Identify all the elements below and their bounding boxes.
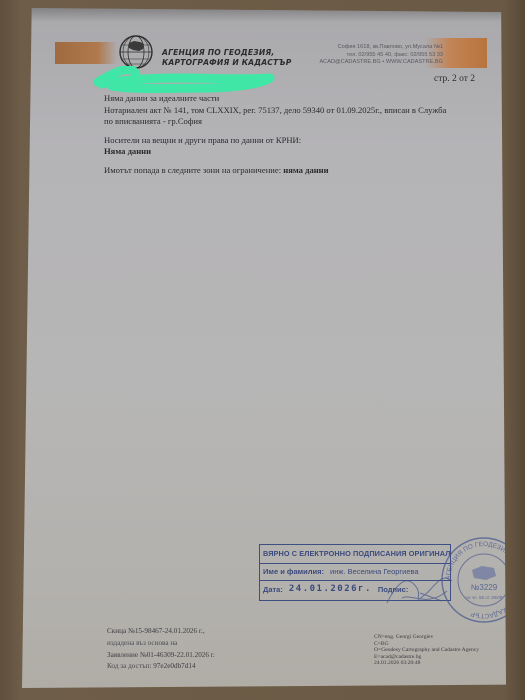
stamp-name-row: Име и фамилия: инж. Веселина Георгиева <box>260 563 450 581</box>
seal-ring-text: АГЕНЦИЯ ПО ГЕОДЕЗИЯ, КАРТОГРАФИЯ И КАДАС… <box>445 541 523 619</box>
header-accent-left <box>55 42 117 64</box>
ideal-parts-line: Няма данни за идеалните части <box>104 93 446 105</box>
globe-with-map-icon <box>118 34 154 70</box>
cert-cn: CN=eng. Georgi Georgiev <box>374 634 479 641</box>
restriction-zones-label: Имотът попада в следните зони на огранич… <box>104 165 283 175</box>
document-body: Няма данни за идеалните части Нотариален… <box>104 93 446 176</box>
stamp-signature-label: Подпис: <box>378 585 408 594</box>
page-number: стр. 2 от 2 <box>434 74 475 84</box>
page-shadow <box>22 8 506 22</box>
stamp-name-label: Име и фамилия: <box>263 567 324 576</box>
issued-basis: издадена въз основа на <box>107 638 215 650</box>
access-code-line: Код за достъп: 97e2e0db7d14 <box>107 661 215 673</box>
cert-timestamp: 24.01.2026 03:20:48 <box>374 660 479 667</box>
svg-text:АГЕНЦИЯ ПО ГЕОДЕЗИЯ, КАРТОГРАФ: АГЕНЦИЯ ПО ГЕОДЕЗИЯ, КАРТОГРАФИЯ И КАДАС… <box>445 541 523 619</box>
agency-name: АГЕНЦИЯ ПО ГЕОДЕЗИЯ, КАРТОГРАФИЯ И КАДАС… <box>162 48 292 68</box>
restriction-zones-value: няма данни <box>283 165 328 175</box>
sketch-number: Скица №15-98467-24.01.2026 г., <box>107 626 215 638</box>
certified-copy-stamp: ВЯРНО С ЕЛЕКТРОННО ПОДПИСАНИЯ ОРИГИНАЛ И… <box>259 544 451 601</box>
document-page: АГЕНЦИЯ ПО ГЕОДЕЗИЯ, КАРТОГРАФИЯ И КАДАС… <box>22 8 506 688</box>
rights-holders-value: Няма данни <box>104 146 151 156</box>
notary-act-line: Нотариален акт № 141, том CLXXIX, рег. 7… <box>104 105 446 117</box>
cert-country: C=BG <box>374 641 479 648</box>
sketch-info: Скица №15-98467-24.01.2026 г., издадена … <box>107 626 215 673</box>
contact-address: София 1618, кв.Павлово, ул.Мусала №1 <box>318 44 443 52</box>
stamp-date-label: Дата: <box>263 585 283 594</box>
round-seal-icon: АГЕНЦИЯ ПО ГЕОДЕЗИЯ, КАРТОГРАФИЯ И КАДАС… <box>440 536 525 624</box>
application-number: Заявление №01-46309-22.01.2026 г. <box>107 650 215 662</box>
stamp-name-value: инж. Веселина Георгиева <box>330 567 419 576</box>
digital-signature-info: CN=eng. Georgi Georgiev C=BG O=Geodesy C… <box>374 634 479 667</box>
stamp-header: ВЯРНО С ЕЛЕКТРОННО ПОДПИСАНИЯ ОРИГИНАЛ <box>260 545 450 563</box>
contact-phone: тел. 02/955 45 40, факс: 02/955 53 33 <box>318 52 443 60</box>
stamp-date-row: Дата: 24.01.2026г. Подпис: <box>260 580 450 598</box>
cert-organization: O=Geodesy Cartography and Cadastre Agenc… <box>374 647 479 654</box>
redaction-scribble <box>92 66 277 96</box>
agency-name-line1: АГЕНЦИЯ ПО ГЕОДЕЗИЯ, <box>162 48 292 58</box>
seal-subtext: по чл. 58 от ЗКИР <box>465 595 502 600</box>
access-code-value: 97e2e0db7d14 <box>153 662 195 670</box>
rights-holders-label: Носители на вещни и други права по данни… <box>104 135 446 147</box>
contact-web: ACAD@CADASTRE.BG • WWW.CADASTRE.BG <box>318 59 443 67</box>
restriction-zones-line: Имотът попада в следните зони на огранич… <box>104 165 446 177</box>
cert-email: E=acad@cadastre.bg <box>374 654 479 661</box>
stamp-date-value: 24.01.2026г. <box>289 584 372 594</box>
registry-office-line: по вписванията - гр.София <box>104 116 446 128</box>
seal-number: №3229 <box>471 583 498 592</box>
access-code-label: Код за достъп: <box>107 662 153 670</box>
agency-contact: София 1618, кв.Павлово, ул.Мусала №1 тел… <box>318 44 443 67</box>
